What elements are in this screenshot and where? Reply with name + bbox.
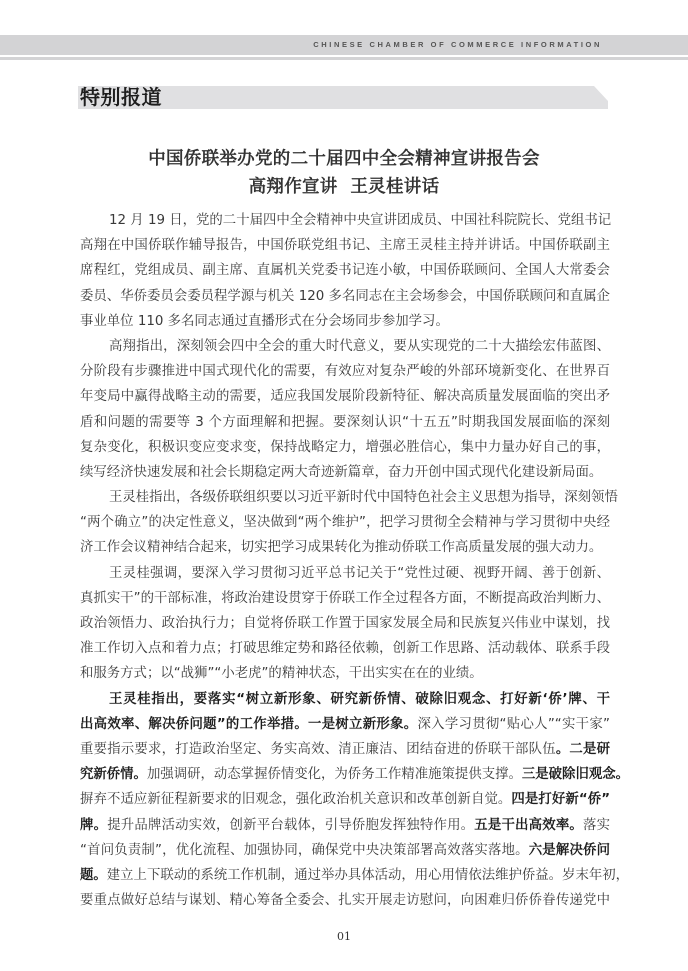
paragraph-1: 12 月 19 日，党的二十届四中全会精神中央宣讲团成员、中国社科院院长、党组书…: [80, 208, 610, 334]
text-line: 要重点做好总结与谋划、精心筹备全委会、扎实开展走访慰问，向困难归侨侨眷传递党中: [80, 888, 610, 913]
text-line: 题。建立上下联动的系统工作机制，通过举办具体活动，用心用情依法维护侨益。岁末年初…: [80, 863, 610, 888]
body-text: 提升品牌活动实效，创新平台载体，引导侨胞发挥独特作用。: [107, 818, 474, 833]
bold-text: 究新侨情。: [80, 767, 147, 782]
text-line: 王灵桂强调，要深入学习贯彻习近平总书记关于“党性过硬、视野开阔、善于创新、: [80, 561, 610, 586]
article-title-line2: 高翔作宣讲 王灵桂讲话: [0, 173, 688, 198]
bold-text: 牌。: [80, 818, 107, 833]
text-line: 济工作会议精神结合起来，切实把学习成果转化为推动侨联工作高质量发展的强大动力。: [80, 535, 610, 560]
body-text: 重要指示要求，打造政治坚定、务实高效、清正廉洁、团结奋进的侨联干部队伍: [80, 742, 556, 757]
header-rule: [0, 57, 688, 60]
paragraph-5: 王灵桂指出，要落实“树立新形象、研究新侨情、破除旧观念、打好新‘侨’牌、干 出高…: [80, 687, 610, 914]
body-text: 深入学习贯彻“贴心人”“实干家”: [417, 717, 610, 732]
bold-text: 。二是研: [556, 742, 610, 757]
text-line: 重要指示要求，打造政治坚定、务实高效、清正廉洁、团结奋进的侨联干部队伍。二是研: [80, 737, 610, 762]
text-line: 和服务方式；以“战狮”“小老虎”的精神状态，干出实实在在的业绩。: [80, 661, 610, 686]
paragraph-3: 王灵桂指出，各级侨联组织要以习近平新时代中国特色社会主义思想为指导，深刻领悟 “…: [80, 485, 610, 561]
text-line: 分阶段有步骤推进中国式现代化的需要，有效应对复杂严峻的外部环境新变化、在世界百: [80, 359, 610, 384]
text-line: 事业单位 110 多名同志通过直播形式在分会场同步参加学习。: [80, 309, 610, 334]
text-line: 续写经济快速发展和社会长期稳定两大奇迹新篇章，奋力开创中国式现代化建设新局面。: [80, 460, 610, 485]
article-body: 12 月 19 日，党的二十届四中全会精神中央宣讲团成员、中国社科院院长、党组书…: [80, 208, 610, 913]
bold-text: 四是打好新“侨”: [511, 792, 610, 807]
text-line: 出高效率、解决侨问题”的工作举措。一是树立新形象。深入学习贯彻“贴心人”“实干家…: [80, 712, 610, 737]
text-line: 究新侨情。加强调研，动态掌握侨情变化，为侨务工作精准施策提供支撑。三是破除旧观念…: [80, 762, 610, 787]
text-line: 摒弃不适应新征程新要求的旧观念，强化政治机关意识和改革创新自觉。四是打好新“侨”: [80, 787, 610, 812]
text-line: “两个确立”的决定性意义，坚决做到“两个维护”，把学习贯彻全会精神与学习贯彻中央…: [80, 510, 610, 535]
text-line: 高翔指出，深刻领会四中全会的重大时代意义，要从实现党的二十大描绘宏伟蓝图、: [80, 334, 610, 359]
text-line: 高翔在中国侨联作辅导报告，中国侨联党组书记、主席王灵桂主持并讲话。中国侨联副主: [80, 233, 610, 258]
text-line: 王灵桂指出，要落实“树立新形象、研究新侨情、破除旧观念、打好新‘侨’牌、干: [80, 687, 610, 712]
body-text: 要重点做好总结与谋划、精心筹备全委会、扎实开展走访慰问，向困难归侨侨眷传递党中: [80, 893, 610, 908]
bold-text: 王灵桂指出，要落实“树立新形象、研究新侨情、破除旧观念、打好新‘侨’牌、干: [109, 692, 610, 707]
section-label: 特别报道: [80, 86, 162, 109]
text-line: 复杂变化，积极识变应变求变，保持战略定力，增强必胜信心，集中力量办好自己的事，: [80, 435, 610, 460]
publication-name: CHINESE CHAMBER OF COMMERCE INFORMATION: [313, 40, 602, 49]
bold-text: 六是解决侨问: [529, 843, 610, 858]
article-title-line1: 中国侨联举办党的二十届四中全会精神宣讲报告会: [0, 145, 688, 170]
text-line: 12 月 19 日，党的二十届四中全会精神中央宣讲团成员、中国社科院院长、党组书…: [80, 208, 610, 233]
text-line: 王灵桂指出，各级侨联组织要以习近平新时代中国特色社会主义思想为指导，深刻领悟: [80, 485, 610, 510]
text-line: 席程红，党组成员、副主席、直属机关党委书记连小敏，中国侨联顾问、全国人大常委会: [80, 258, 610, 283]
body-text: 加强调研，动态掌握侨情变化，为侨务工作精准施策提供支撑。: [147, 767, 522, 782]
text-line: 真抓实干”的干部标准，将政治建设贯穿于侨联工作全过程各方面，不断提高政治判断力、: [80, 586, 610, 611]
body-text: 落实: [583, 818, 610, 833]
paragraph-2: 高翔指出，深刻领会四中全会的重大时代意义，要从实现党的二十大描绘宏伟蓝图、 分阶…: [80, 334, 610, 485]
page-number: 01: [0, 930, 688, 943]
text-line: 政治领悟力、政治执行力；自觉将侨联工作置于国家发展全局和民族复兴伟业中谋划，找: [80, 611, 610, 636]
text-line: 牌。提升品牌活动实效，创新平台载体，引导侨胞发挥独特作用。五是干出高效率。落实: [80, 813, 610, 838]
body-text: 摒弃不适应新征程新要求的旧观念，强化政治机关意识和改革创新自觉。: [80, 792, 511, 807]
bold-text: 出高效率、解决侨问题”的工作举措。一是树立新形象。: [80, 717, 417, 732]
text-line: 委员、华侨委员会委员程学源与机关 120 多名同志在主会场参会，中国侨联顾问和直…: [80, 284, 610, 309]
body-text: “首问负责制”，优化流程、加强协同，确保党中央决策部署高效落实落地。: [80, 843, 529, 858]
bold-text: 三是破除旧观念。: [522, 767, 629, 782]
text-line: 年变局中赢得战略主动的需要，适应我国发展阶段新特征、解决高质量发展面临的突出矛: [80, 384, 610, 409]
text-line: 盾和问题的需要等 3 个方面理解和把握。要深刻认识“十五五”时期我国发展面临的深…: [80, 410, 610, 435]
text-line: “首问负责制”，优化流程、加强协同，确保党中央决策部署高效落实落地。六是解决侨问: [80, 838, 610, 863]
paragraph-4: 王灵桂强调，要深入学习贯彻习近平总书记关于“党性过硬、视野开阔、善于创新、 真抓…: [80, 561, 610, 687]
body-text: 建立上下联动的系统工作机制，通过举办具体活动，用心用情依法维护侨益。岁末年初，: [107, 868, 629, 883]
bold-text: 题。: [80, 868, 107, 883]
bold-text: 五是干出高效率。: [474, 818, 583, 833]
text-line: 准工作切入点和着力点；打破思维定势和路径依赖，创新工作思路、活动载体、联系手段: [80, 636, 610, 661]
